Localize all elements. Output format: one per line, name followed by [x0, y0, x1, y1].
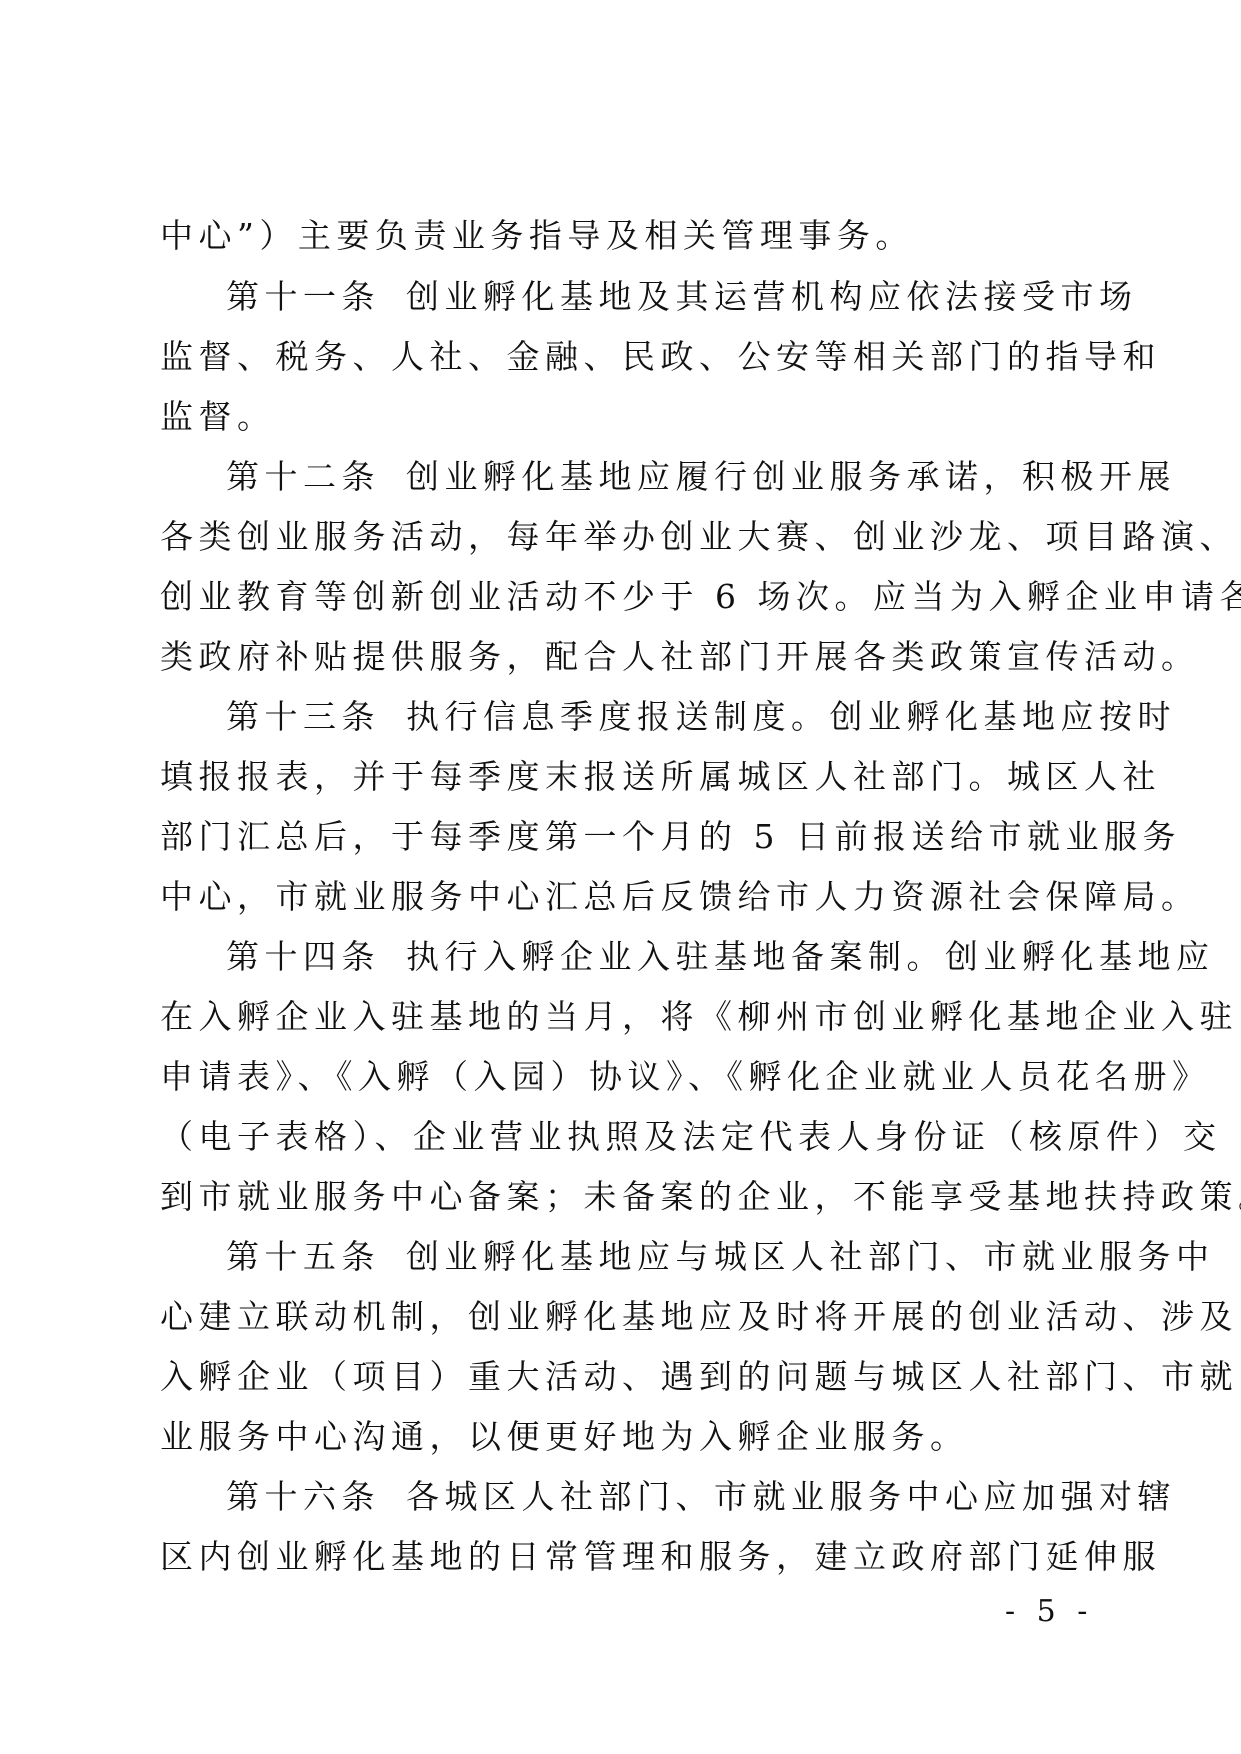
text-line: 心建立联动机制，创业孵化基地应及时将开展的创业活动、涉及 [160, 1292, 1238, 1342]
article-13-line: 第十三条执行信息季度报送制度。创业孵化基地应按时 [226, 692, 1176, 742]
article-15-line: 第十五条创业孵化基地应与城区人社部门、市就业服务中 [226, 1232, 1215, 1282]
text-line: （电子表格）、企业营业执照及法定代表人身份证（核原件）交 [160, 1112, 1222, 1162]
article-number: 第十二条 [226, 457, 380, 496]
text-line: 监督。 [160, 392, 276, 442]
text-line: 各类创业服务活动，每年举办创业大赛、创业沙龙、项目路演、 [160, 512, 1238, 562]
text-line: 中心，市就业服务中心汇总后反馈给市人力资源社会保障局。 [160, 872, 1200, 922]
article-16-line: 第十六条各城区人社部门、市就业服务中心应加强对辖 [226, 1472, 1176, 1522]
article-number: 第十三条 [226, 697, 380, 736]
text-line: 创业教育等创新创业活动不少于 6 场次。应当为入孵企业申请各 [160, 572, 1241, 622]
article-12-line: 第十二条创业孵化基地应履行创业服务承诺，积极开展 [226, 452, 1176, 502]
page-number: - 5 - [1005, 1592, 1093, 1632]
text-line: 到市就业服务中心备案；未备案的企业，不能享受基地扶持政策。 [160, 1172, 1241, 1222]
article-number: 第十一条 [226, 277, 380, 316]
text-line: 申请表》、《入孵（入园）协议》、《孵化企业就业人员花名册》 [160, 1052, 1211, 1102]
text-line: 类政府补贴提供服务，配合人社部门开展各类政策宣传活动。 [160, 632, 1200, 682]
text-line: 区内创业孵化基地的日常管理和服务，建立政府部门延伸服 [160, 1532, 1161, 1582]
text-line: 业服务中心沟通，以便更好地为入孵企业服务。 [160, 1412, 969, 1462]
text-line: 监督、税务、人社、金融、民政、公安等相关部门的指导和 [160, 332, 1161, 382]
text-line: 入孵企业（项目）重大活动、遇到的问题与城区人社部门、市就 [160, 1352, 1238, 1402]
text-line: 在入孵企业入驻基地的当月，将《柳州市创业孵化基地企业入驻 [160, 992, 1238, 1042]
article-number: 第十四条 [226, 937, 380, 976]
article-11-line: 第十一条创业孵化基地及其运营机构应依法接受市场 [226, 272, 1138, 322]
article-number: 第十五条 [226, 1237, 380, 1276]
document-page: 中心”）主要负责业务指导及相关管理事务。 第十一条创业孵化基地及其运营机构应依法… [0, 0, 1241, 1754]
text-line: 填报报表，并于每季度末报送所属城区人社部门。城区人社 [160, 752, 1161, 802]
article-number: 第十六条 [226, 1477, 380, 1516]
text-line: 部门汇总后，于每季度第一个月的 5 日前报送给市就业服务 [160, 812, 1181, 862]
article-14-line: 第十四条执行入孵企业入驻基地备案制。创业孵化基地应 [226, 932, 1215, 982]
text-line: 中心”）主要负责业务指导及相关管理事务。 [160, 211, 914, 261]
